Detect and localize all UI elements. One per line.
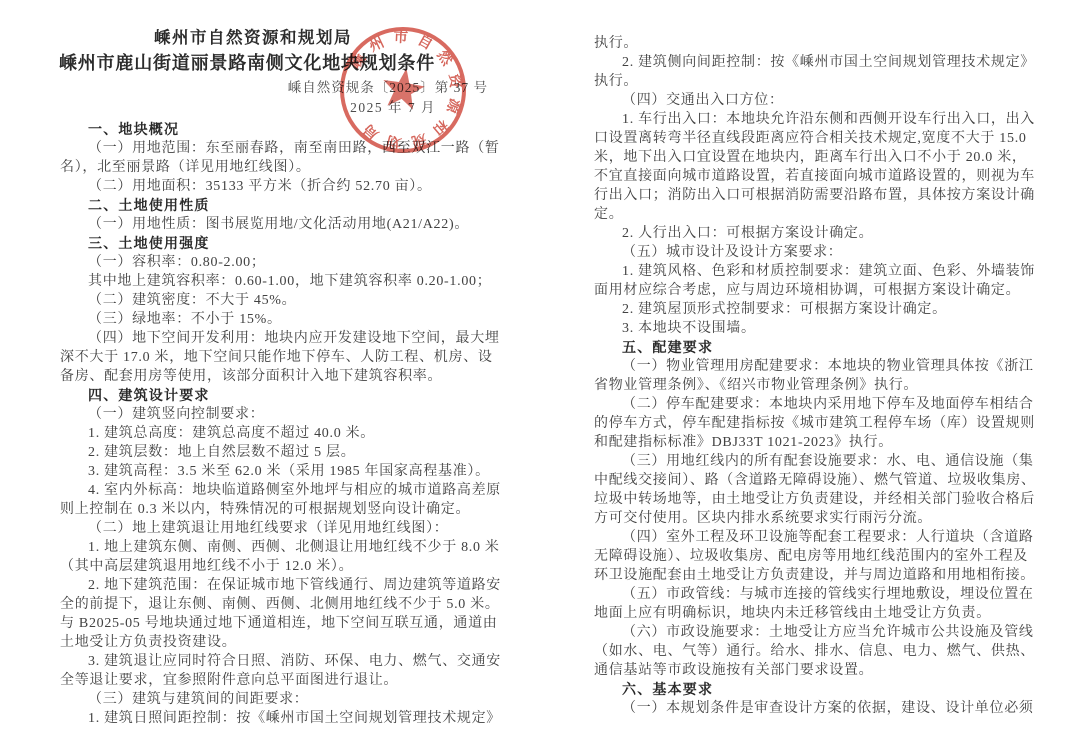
document-title-main: 嵊州市鹿山街道丽景路南侧文化地块规划条件 (12, 50, 482, 77)
document-title-org: 嵊州市自然资源和规划局 (18, 26, 488, 50)
text-line: （二）地上建筑退让用地红线要求（详见用地红线图）： (60, 519, 530, 538)
text-line: 备房、配套用房等使用，该部分面积计入地下建筑容积率。 (60, 367, 530, 386)
text-line: 深不大于 17.0 米，地下空间只能作地下停车、人防工程、机房、设 (60, 348, 530, 367)
text-line: （如水、电、气等）通行。给水、排水、信息、电力、燃气、供热、 (594, 642, 1054, 661)
right-column-text: 执行。2. 建筑侧向间距控制：按《嵊州市国土空间规划管理技术规定》执行。（四）交… (594, 34, 1054, 718)
text-line: （三）用地红线内的所有配套设施要求：水、电、通信设施（集 (594, 452, 1054, 471)
text-line: 1. 建筑风格、色彩和材质控制要求：建筑立面、色彩、外墙装饰 (594, 262, 1054, 281)
text-line: 四、建筑设计要求 (60, 386, 530, 405)
text-line: （五）市政管线：与城市连接的管线实行埋地敷设，埋设位置在 (594, 585, 1054, 604)
text-line: 无障碍设施）、垃圾收集房、配电房等用地红线范围内的室外工程及 (594, 547, 1054, 566)
text-line: 1. 地上建筑东侧、南侧、西侧、北侧退让用地红线不少于 8.0 米 (60, 538, 530, 557)
text-line: 1. 建筑总高度：建筑总高度不超过 40.0 米。 (60, 424, 530, 443)
text-line: （四）室外工程及环卫设施等配套工程要求：人行道块（含道路 (594, 528, 1054, 547)
left-column: 嵊州市自然资源和规划局 嵊州市鹿山街道丽景路南侧文化地块规划条件 嵊自然资规条〔… (60, 0, 530, 728)
text-line: 六、基本要求 (594, 680, 1054, 699)
text-line: （六）市政设施要求：土地受让方应当允许城市公共设施及管线 (594, 623, 1054, 642)
text-line: （三）绿地率：不小于 15%。 (60, 310, 530, 329)
text-line: 则上控制在 0.3 米以内，特殊情况的可根据规划竖向设计确定。 (60, 500, 530, 519)
text-line: 1. 车行出入口：本地块允许沿东侧和西侧开设车行出入口，出入 (594, 110, 1054, 129)
text-line: 执行。 (594, 72, 1054, 91)
text-line: （四）地下空间开发利用：地块内应开发建设地下空间，最大埋 (60, 329, 530, 348)
text-line: 的停车方式，停车配建指标按《城市建筑工程停车场（库）设置规则 (594, 414, 1054, 433)
text-line: 环卫设施配套由土地受让方负责建设，并与周边道路和用地相衔接。 (594, 566, 1054, 585)
text-line: 通信基站等市政设施按有关部门要求设置。 (594, 661, 1054, 680)
text-line: 二、土地使用性质 (60, 196, 530, 215)
text-line: 一、地块概况 (60, 120, 530, 139)
right-column: 执行。2. 建筑侧向间距控制：按《嵊州市国土空间规划管理技术规定》执行。（四）交… (594, 0, 1054, 718)
text-line: 定。 (594, 205, 1054, 224)
text-line: （二）用地面积：35133 平方米（折合约 52.70 亩）。 (60, 177, 530, 196)
text-line: 土地受让方负责投资建设。 (60, 633, 530, 652)
text-line: 4. 室内外标高：地块临道路侧室外地坪与相应的城市道路高差原 (60, 481, 530, 500)
text-line: 执行。 (594, 34, 1054, 53)
text-line: 名），北至丽景路（详见用地红线图）。 (60, 158, 530, 177)
text-line: （二）停车配建要求：本地块内采用地下停车及地面停车相结合 (594, 395, 1054, 414)
text-line: （一）物业管理用房配建要求：本地块的物业管理具体按《浙江 (594, 357, 1054, 376)
text-line: 和配建指标标准》DBJ33T 1021-2023》执行。 (594, 433, 1054, 452)
text-line: 全等退让要求，宜参照附件意向总平面图进行退让。 (60, 671, 530, 690)
text-line: （三）建筑与建筑间的间距要求： (60, 690, 530, 709)
text-line: （一）用地性质：图书展览用地/文化活动用地(A21/A22)。 (60, 215, 530, 234)
text-line: 五、配建要求 (594, 338, 1054, 357)
text-line: 垃圾中转场地等，由土地受让方负责建设，并经相关部门验收合格后 (594, 490, 1054, 509)
text-line: 方可交付使用。区块内排水系统要求实行雨污分流。 (594, 509, 1054, 528)
text-line: 2. 建筑层数：地上自然层数不超过 5 层。 (60, 443, 530, 462)
text-line: 其中地上建筑容积率：0.60-1.00，地下建筑容积率 0.20-1.00； (60, 272, 530, 291)
text-line: （四）交通出入口方位： (594, 91, 1054, 110)
text-line: （五）城市设计及设计方案要求： (594, 243, 1054, 262)
document-number: 嵊自然资规条〔2025〕第 37 号 (60, 77, 530, 98)
text-line: 2. 人行出入口：可根据方案设计确定。 (594, 224, 1054, 243)
left-column-text: 一、地块概况（一）用地范围：东至丽春路，南至南田路，西至双江一路（暂名），北至丽… (60, 120, 530, 728)
text-line: （一）容积率：0.80-2.00； (60, 253, 530, 272)
document-page: 嵊州市自然资源和规划局 嵊州市鹿山街道丽景路南侧文化地块规划条件 嵊自然资规条〔… (0, 0, 1080, 740)
text-line: 不宜直接面向城市道路设置，若直接面向城市道路设置的，则视为车 (594, 167, 1054, 186)
text-line: 2. 建筑侧向间距控制：按《嵊州市国土空间规划管理技术规定》 (594, 53, 1054, 72)
text-line: 三、土地使用强度 (60, 234, 530, 253)
text-line: 全的前提下，退让东侧、南侧、西侧、北侧用地红线不少于 5.0 米。 (60, 595, 530, 614)
text-line: 2. 建筑屋顶形式控制要求：可根据方案设计确定。 (594, 300, 1054, 319)
text-line: 口设置离转弯半径直线段距离应符合相关技术规定,宽度不大于 15.0 (594, 129, 1054, 148)
text-line: （其中高层建筑退用地红线不小于 12.0 米）。 (60, 557, 530, 576)
text-line: 米，地下出入口宜设置在地块内，距离车行出入口不小于 20.0 米， (594, 148, 1054, 167)
text-line: （一）本规划条件是审查设计方案的依据，建设、设计单位必须 (594, 699, 1054, 718)
document-header: 嵊州市自然资源和规划局 嵊州市鹿山街道丽景路南侧文化地块规划条件 嵊自然资规条〔… (60, 26, 530, 117)
text-line: （二）建筑密度：不大于 45%。 (60, 291, 530, 310)
text-line: （一）用地范围：东至丽春路，南至南田路，西至双江一路（暂 (60, 139, 530, 158)
document-date: 2025 年 7 月 (60, 98, 530, 117)
text-line: 3. 建筑高程：3.5 米至 62.0 米（采用 1985 年国家高程基准）。 (60, 462, 530, 481)
text-line: 与 B2025-05 号地块通过地下通道相连，地下空间互联互通，通道由 (60, 614, 530, 633)
text-line: 2. 地下建筑范围：在保证城市地下管线通行、周边建筑等道路安 (60, 576, 530, 595)
text-line: 3. 本地块不设围墙。 (594, 319, 1054, 338)
text-line: 省物业管理条例》、《绍兴市物业管理条例》执行。 (594, 376, 1054, 395)
text-line: 中配线交接间）、路（含道路无障碍设施）、燃气管道、垃圾收集房、 (594, 471, 1054, 490)
text-line: 地面上应有明确标识，地块内未迁移管线由土地受让方负责。 (594, 604, 1054, 623)
text-line: 3. 建筑退让应同时符合日照、消防、环保、电力、燃气、交通安 (60, 652, 530, 671)
text-line: （一）建筑竖向控制要求： (60, 405, 530, 424)
text-line: 面用材应综合考虑，应与周边环境相协调，可根据方案设计确定。 (594, 281, 1054, 300)
text-line: 1. 建筑日照间距控制：按《嵊州市国土空间规划管理技术规定》 (60, 709, 530, 728)
text-line: 行出入口；消防出入口可根据消防需要沿路布置，具体按方案设计确 (594, 186, 1054, 205)
